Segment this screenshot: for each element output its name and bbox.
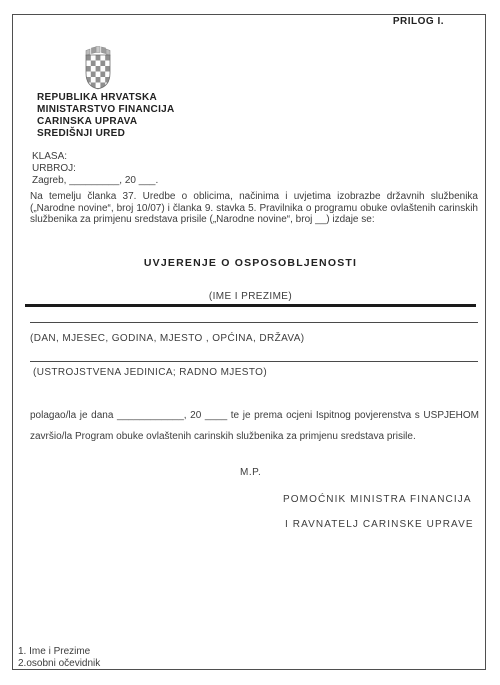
birth-field-label: (DAN, MJESEC, GODINA, MJESTO , OPĆINA, D… bbox=[30, 333, 305, 344]
signatory-title-line-2: I RAVNATELJ CARINSKE UPRAVE bbox=[285, 519, 474, 530]
urbroj-label: URBROJ: bbox=[32, 163, 158, 175]
name-field-label: (IME I PREZIME) bbox=[25, 291, 476, 302]
issuer-line-office: SREDIŠNJI URED bbox=[37, 128, 175, 140]
document-page: PRILOG I. REPUBLIKA HRVATSKA MINISTARSTV bbox=[0, 0, 500, 685]
issuer-line-country: REPUBLIKA HRVATSKA bbox=[37, 92, 175, 104]
issuer-line-customs: CARINSKA UPRAVA bbox=[37, 116, 175, 128]
place-date-line: Zagreb, _________, 20 ___. bbox=[32, 175, 158, 187]
reference-block: KLASA: URBROJ: Zagreb, _________, 20 ___… bbox=[32, 151, 158, 187]
completion-paragraph: polagao/la je dana ____________, 20 ____… bbox=[30, 406, 479, 447]
birth-fill-line[interactable] bbox=[30, 322, 478, 323]
footnotes-block: 1. Ime i Prezime 2.osobni očevidnik bbox=[18, 646, 100, 669]
issuer-block: REPUBLIKA HRVATSKA MINISTARSTVO FINANCIJ… bbox=[37, 92, 175, 140]
name-fill-line[interactable] bbox=[25, 304, 476, 307]
issuer-line-ministry: MINISTARSTVO FINANCIJA bbox=[37, 104, 175, 116]
signatory-title-line-1: POMOĆNIK MINISTRA FINANCIJA bbox=[283, 494, 472, 505]
certificate-title: UVJERENJE O OSPOSOBLJENOSTI bbox=[25, 257, 476, 269]
intro-paragraph: Na temelju članka 37. Uredbe o oblicima,… bbox=[30, 191, 478, 226]
unit-fill-line[interactable] bbox=[30, 361, 478, 362]
klasa-label: KLASA: bbox=[32, 151, 158, 163]
unit-field-label: (USTROJSTVENA JEDINICA; RADNO MJESTO) bbox=[33, 367, 267, 378]
croatian-coat-of-arms-icon bbox=[84, 45, 112, 95]
annex-label: PRILOG I. bbox=[330, 16, 444, 27]
footnote-2: 2.osobni očevidnik bbox=[18, 658, 100, 670]
seal-mark: M.P. bbox=[240, 467, 261, 478]
footnote-1: 1. Ime i Prezime bbox=[18, 646, 100, 658]
